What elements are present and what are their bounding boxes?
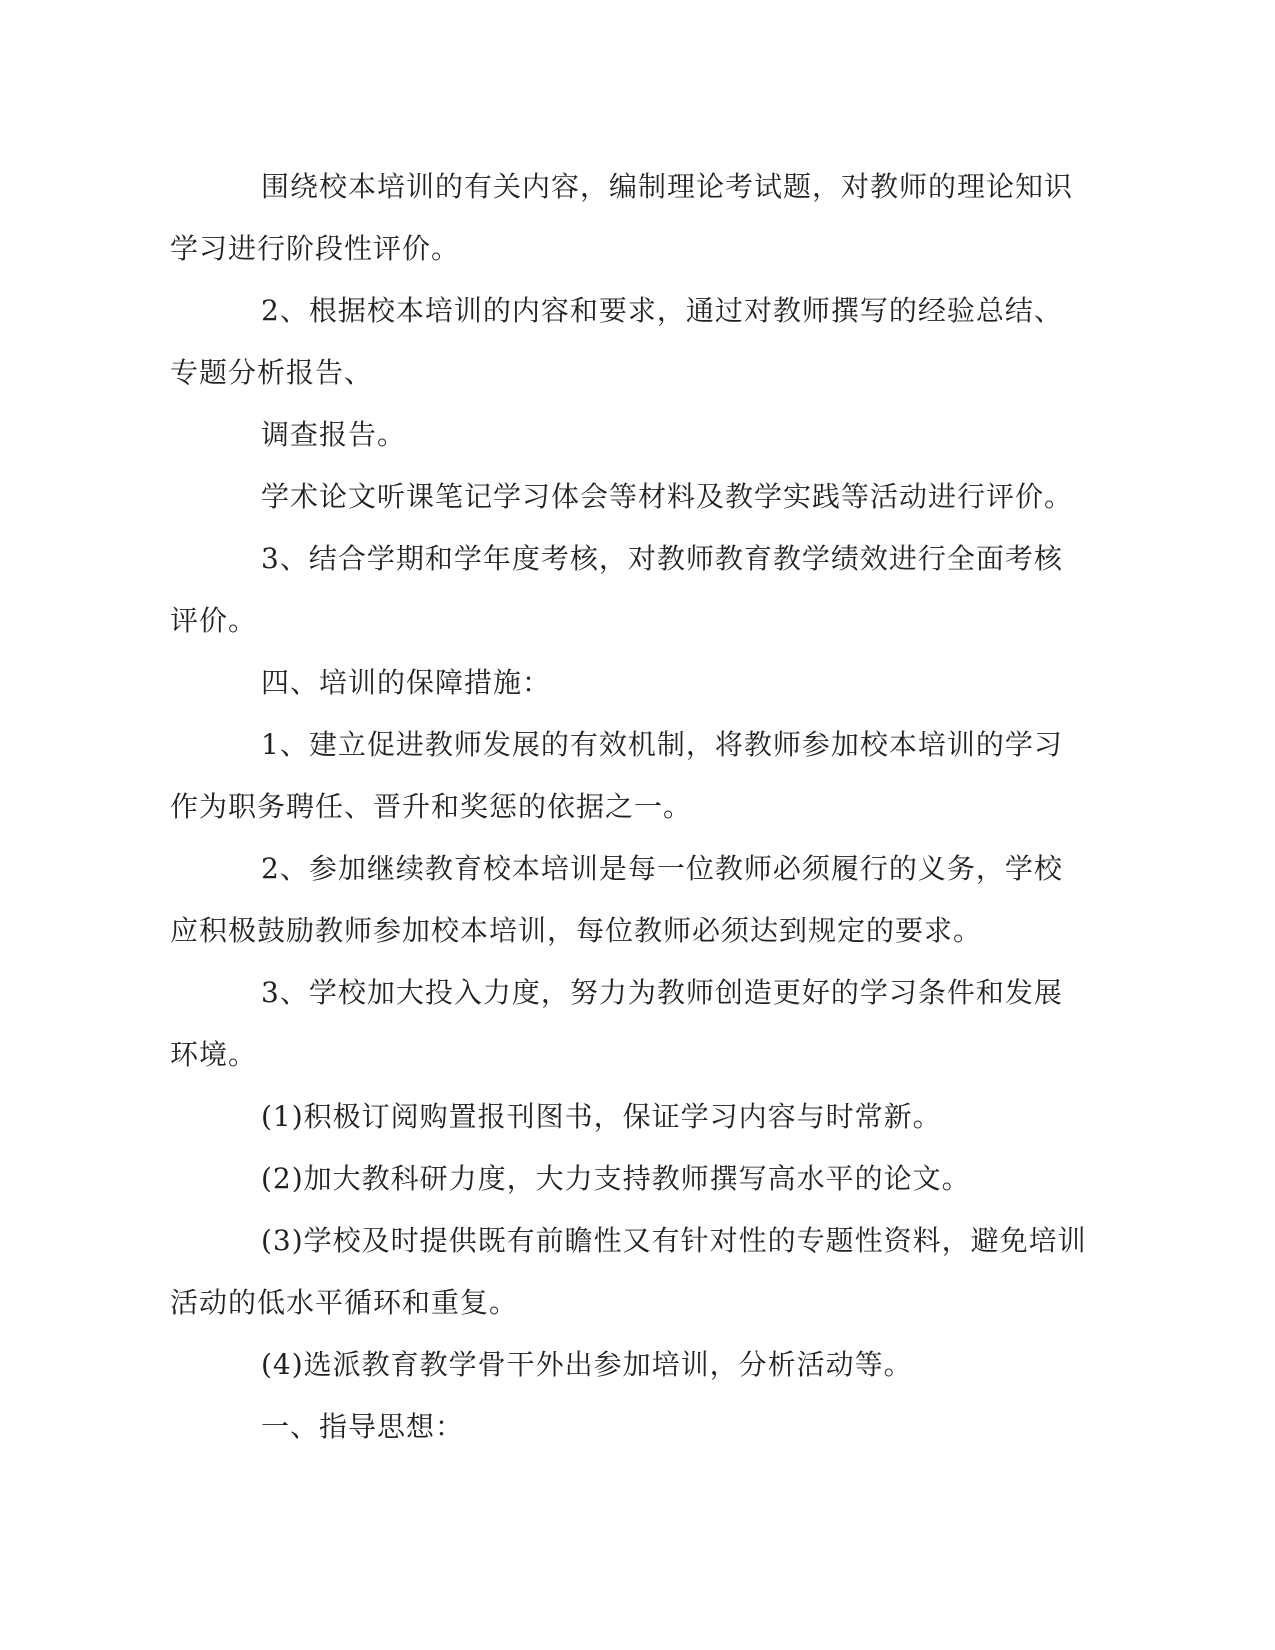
text-line: 学习进行阶段性评价。	[170, 218, 1105, 280]
text-line: 1、建立促进教师发展的有效机制，将教师参加校本培训的学习	[170, 714, 1105, 776]
text-line: 3、结合学期和学年度考核，对教师教育教学绩效进行全面考核	[170, 528, 1105, 590]
text-line: 围绕校本培训的有关内容，编制理论考试题，对教师的理论知识	[170, 156, 1105, 218]
document-page: 围绕校本培训的有关内容，编制理论考试题，对教师的理论知识学习进行阶段性评价。2、…	[0, 0, 1275, 1650]
text-line: 2、参加继续教育校本培训是每一位教师必须履行的义务，学校	[170, 838, 1105, 900]
text-line: 作为职务聘任、晋升和奖惩的依据之一。	[170, 776, 1105, 838]
text-line: (4)选派教育教学骨干外出参加培训，分析活动等。	[170, 1334, 1105, 1396]
text-line: 应积极鼓励教师参加校本培训，每位教师必须达到规定的要求。	[170, 900, 1105, 962]
text-line: 评价。	[170, 590, 1105, 652]
text-line: 四、培训的保障措施：	[170, 652, 1105, 714]
text-line: 学术论文听课笔记学习体会等材料及教学实践等活动进行评价。	[170, 466, 1105, 528]
text-line: (1)积极订阅购置报刊图书，保证学习内容与时常新。	[170, 1086, 1105, 1148]
text-line: 2、根据校本培训的内容和要求，通过对教师撰写的经验总结、	[170, 280, 1105, 342]
text-line: 环境。	[170, 1024, 1105, 1086]
document-body: 围绕校本培训的有关内容，编制理论考试题，对教师的理论知识学习进行阶段性评价。2、…	[170, 156, 1105, 1458]
text-line: 专题分析报告、	[170, 342, 1105, 404]
text-line: 3、学校加大投入力度，努力为教师创造更好的学习条件和发展	[170, 962, 1105, 1024]
text-line: (2)加大教科研力度，大力支持教师撰写高水平的论文。	[170, 1148, 1105, 1210]
text-line: (3)学校及时提供既有前瞻性又有针对性的专题性资料，避免培训	[170, 1210, 1105, 1272]
text-line: 一、指导思想：	[170, 1396, 1105, 1458]
text-line: 活动的低水平循环和重复。	[170, 1272, 1105, 1334]
text-line: 调查报告。	[170, 404, 1105, 466]
